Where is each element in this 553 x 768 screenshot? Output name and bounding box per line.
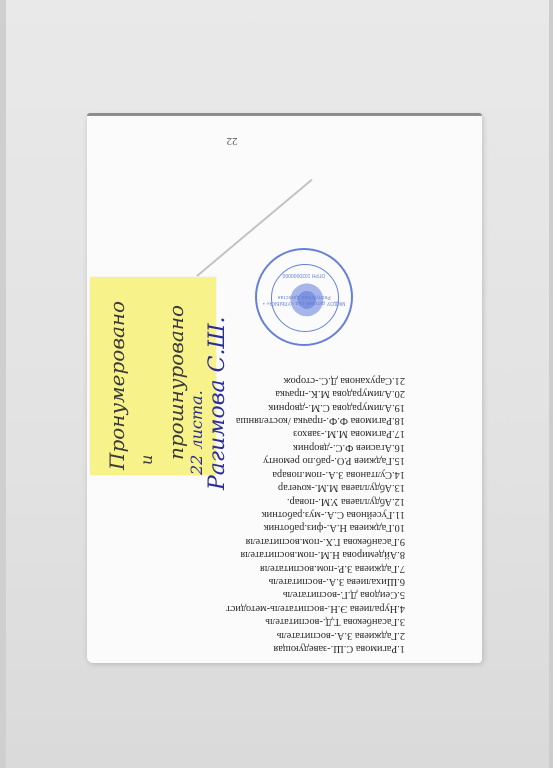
list-item: 12.Абдуллаева У.М.-повар. [205,494,405,507]
list-item: 3.Гасанбекова Т.Д.-воспитатель [205,615,405,628]
handwritten-note-line: 22 листа. [187,390,206,475]
list-item: 21.Саруханова Д.С.-сторож [205,373,405,386]
stamp-center-text: ОГРН 1020000000 [257,272,351,278]
list-item: 11.Гусейнова С.А.-муз.работник [205,508,405,521]
stamp-ring-text: МКДОУ детский сад «УЛЫБКА» • Республика … [257,294,351,306]
list-item: 14.Султанова З.А.-пом.повара [205,467,405,480]
list-item: 4.Нуралиева Э.Н.-воспитатель-методист [205,601,405,614]
list-item: 7.Гаджиева З.Р.-пом.воспитателя [205,561,405,574]
staff-list: 1.Рагимова С.Ш.-заведующая 2.Гаджиева З.… [205,370,405,655]
list-item: 19.Алимурадова С.М.-дворник [205,400,405,413]
list-item: 6.Шихалиева З.А.-воспитатель [205,575,405,588]
list-item: 17.Рагимова М.М.-завхоз [205,427,405,440]
handwritten-note-line: и [137,455,156,465]
document-sheet: 22 1.Рагимова С.Ш.-заведующая 2.Гаджиева… [87,115,482,663]
handwritten-note-line: Пронумеровано [105,301,129,470]
list-item: 8.Айдемирова Н.М.-пом.воспитателя [205,548,405,561]
handwritten-signature: Рагимова С.Ш. [205,316,230,490]
list-item: 18.Рагимова Ф.Ф.-прачка /костелянша [205,414,405,427]
list-item: 2.Гаджиева З.А.-воспитатель [205,628,405,641]
page-number: 22 [222,135,242,147]
list-item: 9.Гасанбекова Г.Х.-пом.воспитателя [205,534,405,547]
list-item: 1.Рагимова С.Ш.-заведующая [205,642,405,655]
scanner-edge [549,0,553,768]
list-item: 10.Гаджиева Н.А.-физ.работник [205,521,405,534]
list-item: 20.Алимурадова М.К.-прачка [205,387,405,400]
list-item: 13.Абдуллаева М.М.-кочегар [205,481,405,494]
sheet-edge [87,113,482,116]
list-item: 5.Сеидова Д.Г.-воспитатель [205,588,405,601]
official-stamp: МКДОУ детский сад «УЛЫБКА» • Республика … [255,248,353,346]
scanner-edge [0,0,6,768]
list-item: 16.Агасиев Ф.С.-дворник [205,441,405,454]
list-item: 15.Гаджиев Р.О.-раб.по ремонту [205,454,405,467]
handwritten-note-line: прошнуровано [164,305,188,460]
